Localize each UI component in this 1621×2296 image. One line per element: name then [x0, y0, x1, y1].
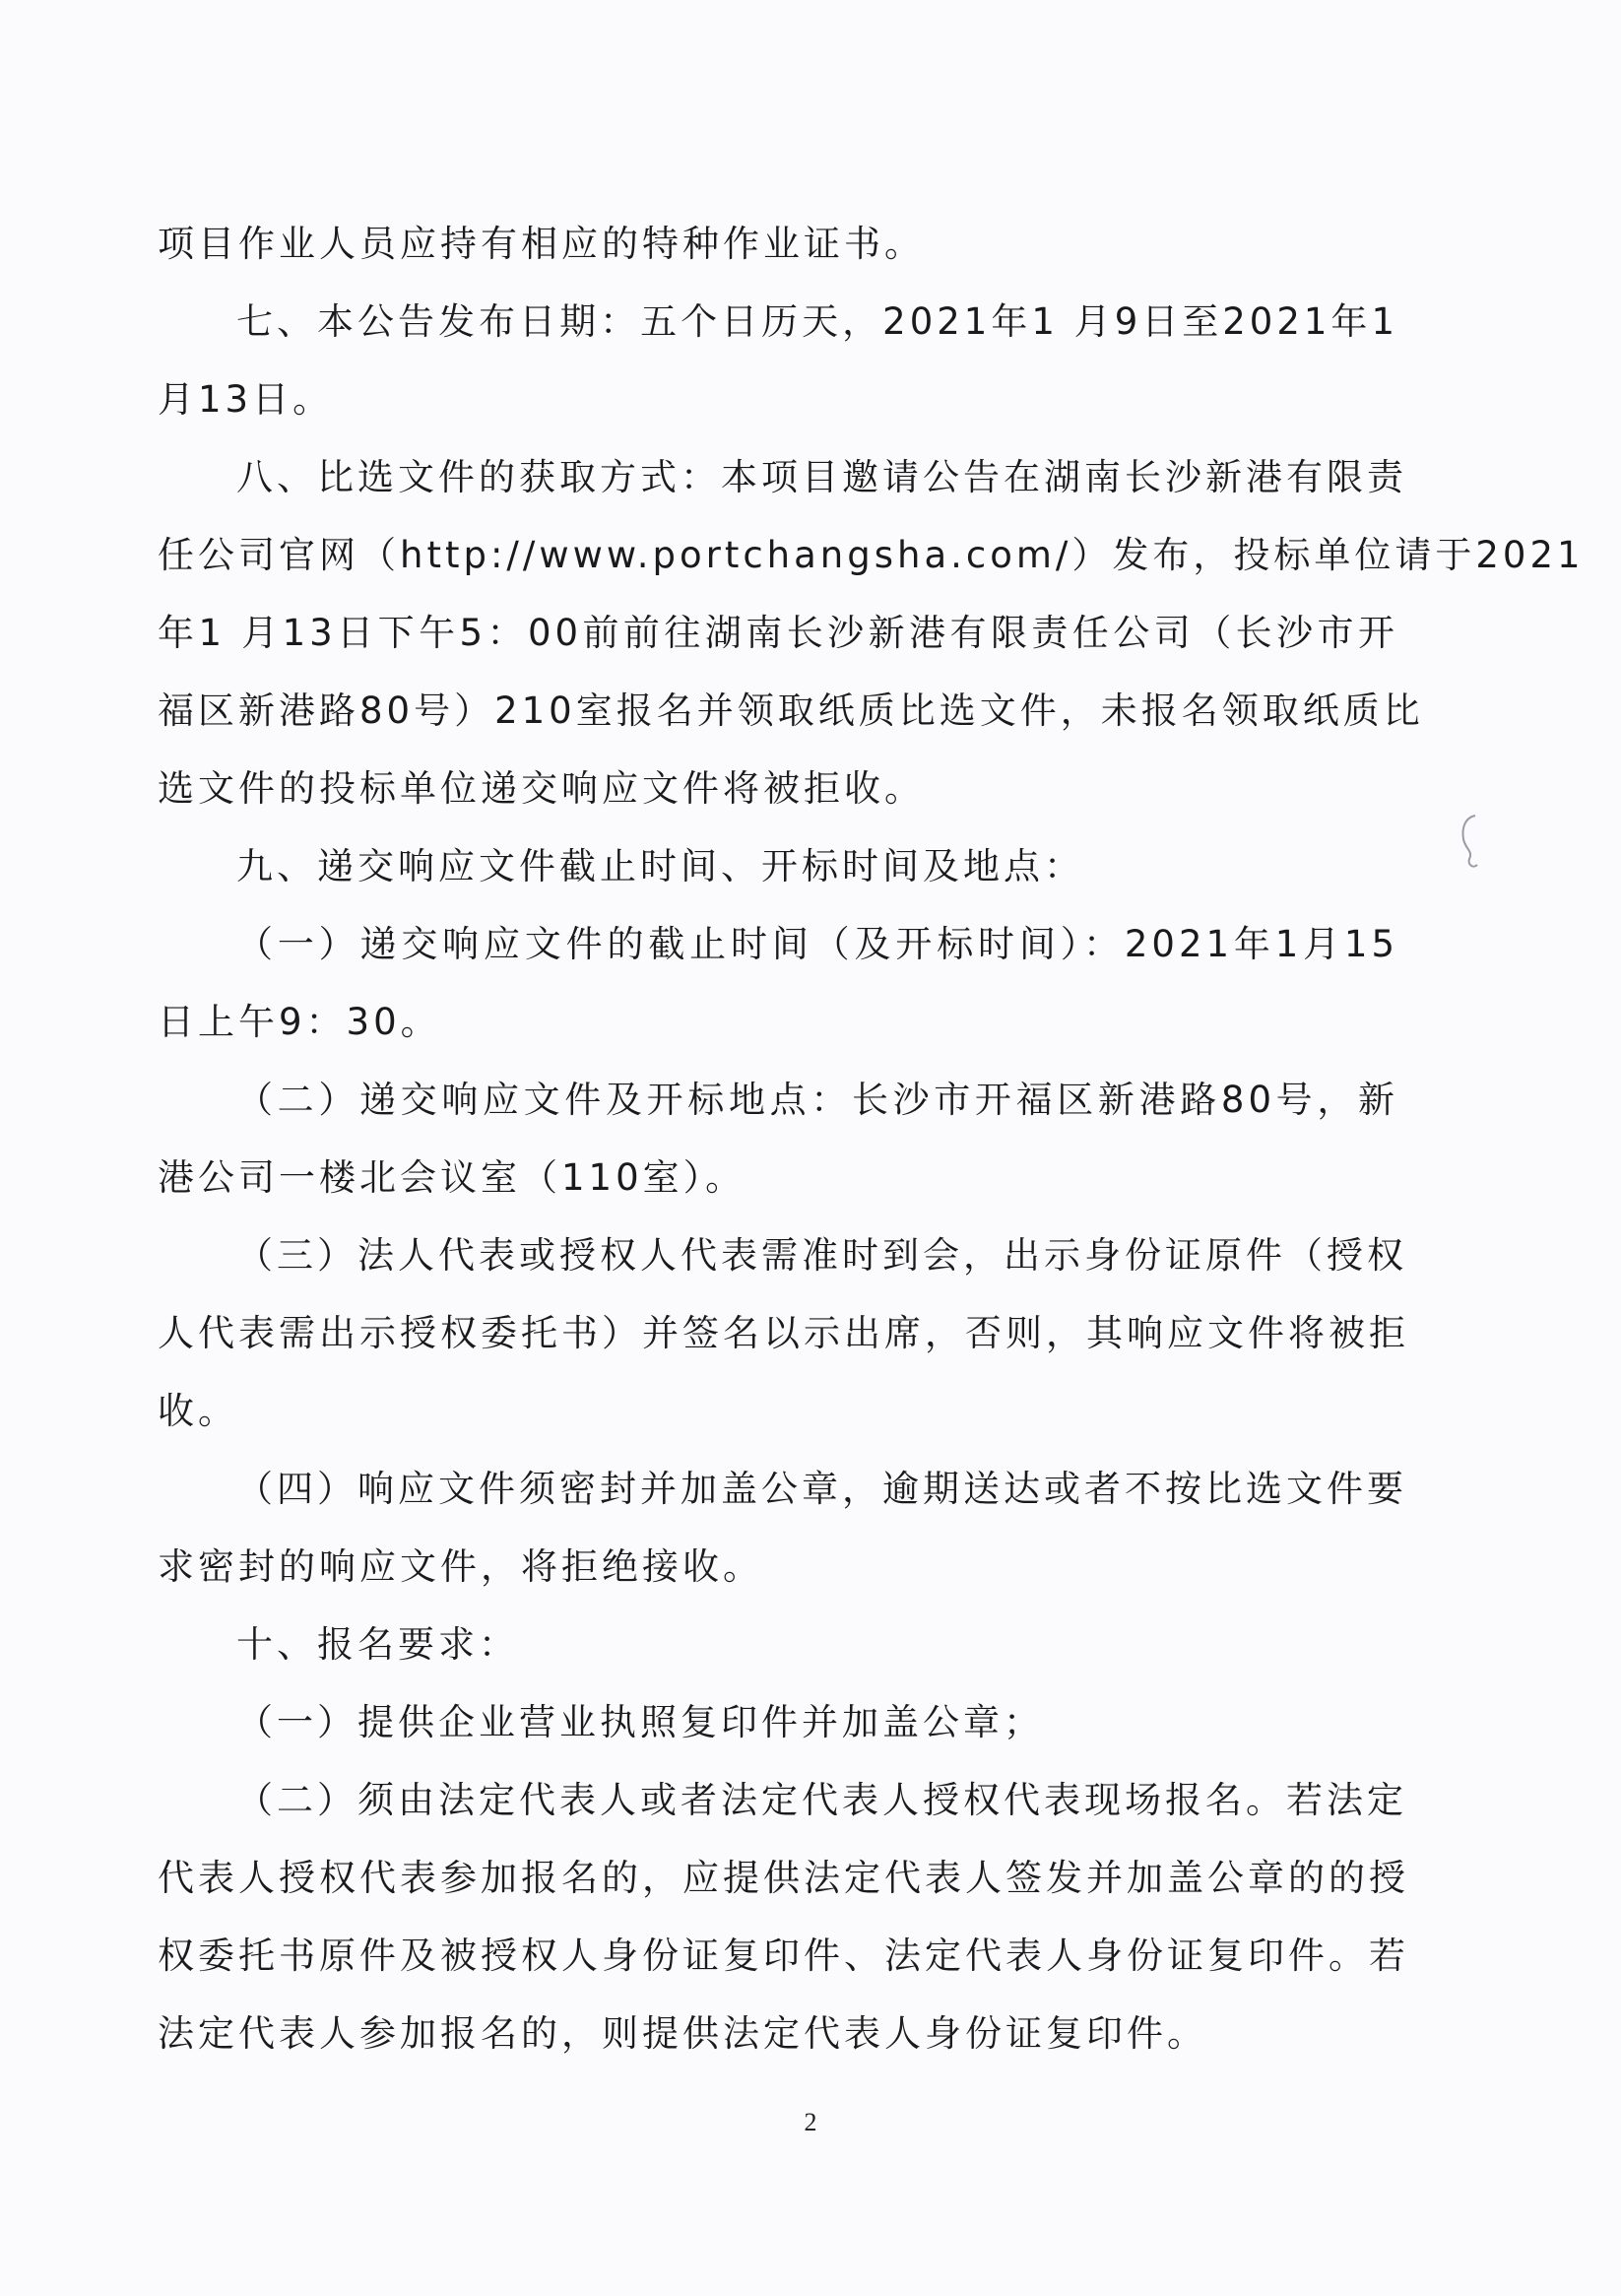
text-line: 收。 [158, 1390, 1398, 1433]
text-line: 选文件的投标单位递交响应文件将被拒收。 [158, 767, 1398, 811]
text-line: 八、比选文件的获取方式：本项目邀请公告在湖南长沙新港有限责 [236, 456, 1398, 499]
text-line: （四）响应文件须密封并加盖公章，逾期送达或者不按比选文件要 [236, 1468, 1398, 1511]
text-line: 港公司一楼北会议室（110室）。 [158, 1156, 1398, 1200]
text-line: （一）递交响应文件的截止时间（及开标时间）：2021年1月15 [236, 923, 1398, 966]
text-line: 福区新港路80号）210室报名并领取纸质比选文件，未报名领取纸质比 [158, 689, 1398, 733]
text-line: 七、本公告发布日期：五个日历天，2021年1 月9日至2021年1 [236, 300, 1398, 344]
text-line: 任公司官网（http://www.portchangsha.com/）发布，投标… [158, 534, 1398, 577]
text-line: 代表人授权代表参加报名的，应提供法定代表人签发并加盖公章的的授 [158, 1857, 1398, 1900]
text-line: 九、递交响应文件截止时间、开标时间及地点： [236, 845, 1398, 888]
text-line: （二）递交响应文件及开标地点：长沙市开福区新港路80号，新 [236, 1079, 1398, 1122]
text-line: （一）提供企业营业执照复印件并加盖公章； [236, 1701, 1398, 1744]
text-line: 法定代表人参加报名的，则提供法定代表人身份证复印件。 [158, 2012, 1398, 2056]
text-line: 权委托书原件及被授权人身份证复印件、法定代表人身份证复印件。若 [158, 1935, 1398, 1978]
text-line: 求密封的响应文件，将拒绝接收。 [158, 1545, 1398, 1589]
text-line: 项目作业人员应持有相应的特种作业证书。 [158, 223, 1398, 266]
text-line: 月13日。 [158, 378, 1398, 422]
pen-mark-icon [1448, 808, 1487, 877]
text-line: （三）法人代表或授权人代表需准时到会，出示身份证原件（授权 [236, 1234, 1398, 1278]
text-line: 年1 月13日下午5：00前前往湖南长沙新港有限责任公司（长沙市开 [158, 612, 1398, 655]
document-page: 项目作业人员应持有相应的特种作业证书。七、本公告发布日期：五个日历天，2021年… [0, 0, 1621, 2296]
text-line: 十、报名要求： [236, 1623, 1398, 1667]
text-line: （二）须由法定代表人或者法定代表人授权代表现场报名。若法定 [236, 1779, 1398, 1822]
text-line: 人代表需出示授权委托书）并签名以示出席，否则，其响应文件将被拒 [158, 1312, 1398, 1355]
page-number: 2 [0, 2108, 1621, 2137]
text-line: 日上午9：30。 [158, 1001, 1398, 1044]
